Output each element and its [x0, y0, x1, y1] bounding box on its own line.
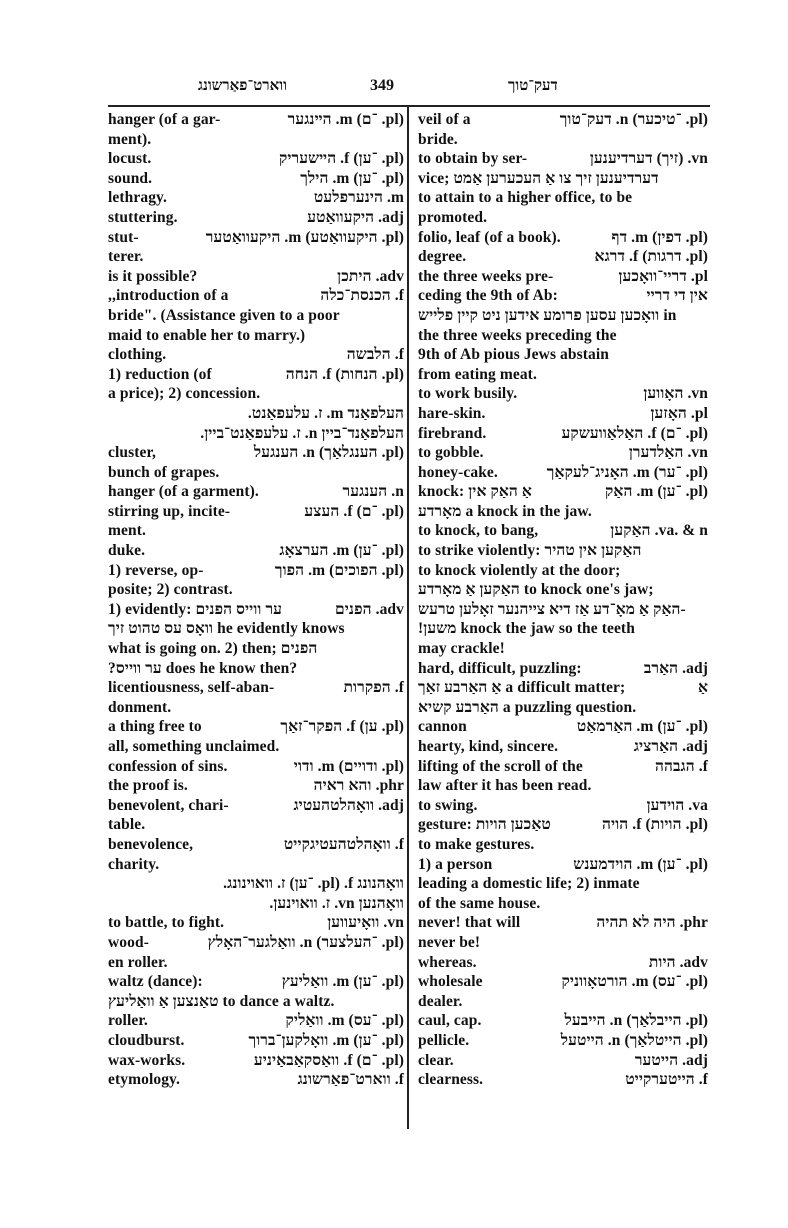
- yiddish-headword: f. הכנסת־כלה: [320, 286, 404, 306]
- english-gloss: lethragy.: [108, 188, 167, 208]
- entry-line: charity.: [108, 855, 404, 875]
- yiddish-headword: (pl. ־ען) m. האַק: [605, 482, 708, 502]
- english-gloss: cloudburst.: [108, 1031, 184, 1051]
- entry-line: clear.adj. הייטער: [418, 1051, 708, 1071]
- entry-line: העלפאַנד־ביין n. ז. עלעפאַנט־ביין.: [108, 424, 404, 444]
- yiddish-headword: (pl. ־ם) m. הײנגער: [288, 110, 404, 130]
- entry-line: clearness.f. הייטערקייט: [418, 1070, 708, 1090]
- entry-line: ment).: [108, 130, 404, 150]
- english-gloss: 1) a person: [418, 855, 492, 875]
- entry-line: en roller.: [108, 953, 404, 973]
- yiddish-headword: (pl. ־ען) m. וואָלקען־ברוך: [249, 1031, 404, 1051]
- english-gloss: ceding the 9th of Ab:: [418, 286, 558, 306]
- english-gloss: veil of a: [418, 110, 471, 130]
- entry-line: roller.(pl. ־עס) m. וואַליק: [108, 1011, 404, 1031]
- entry-line: locust.(pl. ־ען) f. הײשעריק: [108, 149, 404, 169]
- english-gloss: etymology.: [108, 1070, 180, 1090]
- yiddish-headword: adj. היקעוואַטע: [307, 208, 404, 228]
- entry-line: terer.: [108, 247, 404, 267]
- english-gloss: bride.: [418, 131, 458, 148]
- yiddish-headword: f. וואָהלטהעטיגקייט: [284, 835, 404, 855]
- yiddish-headword: (pl. הייבלאַך) n. הייבעל: [565, 1011, 708, 1031]
- english-gloss: טאַנצען אַ וואַליעץ to dance a waltz.: [108, 993, 334, 1010]
- english-gloss: clothing.: [108, 345, 166, 365]
- yiddish-headword: adj. וואָהלטהעטיג: [293, 796, 404, 816]
- entry-line: a thing free to(pl. ען) f. הפקר־זאַך: [108, 717, 404, 737]
- page-number: 349: [370, 77, 394, 95]
- english-gloss: hare-skin.: [418, 404, 485, 424]
- entry-line: וואָהנען vn. ז. וואוינען.: [108, 894, 404, 914]
- yiddish-headword: (pl. הייטלאַך) n. הייטעל: [561, 1031, 708, 1051]
- entry-line: the proof is.phr. והא ראיה: [108, 776, 404, 796]
- entry-line: lethragy.m. הינערפלעט: [108, 188, 404, 208]
- header-rule: [108, 105, 710, 107]
- yiddish-headword: adj. האַרציג: [634, 737, 708, 757]
- yiddish-headword: (pl. ־ם) f. האַלאַוועשקע: [562, 424, 708, 444]
- english-gloss: charity.: [108, 856, 159, 873]
- yiddish-headword: va. הוידען: [647, 796, 708, 816]
- yiddish-headword: f. ווארט־פאַרשונג: [298, 1070, 404, 1090]
- entry-line: firebrand.(pl. ־ם) f. האַלאַוועשקע: [418, 424, 708, 444]
- entry-line: knock: אַ האַק אין(pl. ־ען) m. האַק: [418, 482, 708, 502]
- english-gloss: pellicle.: [418, 1031, 469, 1051]
- english-gloss: leading a domestic life; 2) inmate: [418, 875, 640, 892]
- entry-line: stirring up, incite-(pl. ־ם) f. העצע: [108, 502, 404, 522]
- english-gloss: bride". (Assistance given to a poor: [108, 307, 340, 324]
- english-gloss: hearty, kind, sincere.: [418, 737, 558, 757]
- english-gloss: hanger (of a gar-: [108, 110, 220, 130]
- yiddish-headword: adj. הייטער: [635, 1051, 708, 1071]
- right-column: veil of a(pl. ־טיכער) n. דעק־טוךbride.to…: [418, 110, 708, 1090]
- entry-line: honey-cake.(pl. ־ער) m. האָניג־לעקאַך: [418, 463, 708, 483]
- entry-line: wax-works.(pl. ־ם) f. וואַסקאַבאַיניע: [108, 1051, 404, 1071]
- entry-line: the three weeks pre-pl. דריי־וואָכען: [418, 267, 708, 287]
- entry-line: lifting of the scroll of thef. הגבהה: [418, 757, 708, 777]
- entry-line: caul, cap.(pl. הייבלאַך) n. הייבעל: [418, 1011, 708, 1031]
- yiddish-headword: (pl. ־טיכער) n. דעק־טוך: [560, 110, 708, 130]
- entry-line: table.: [108, 815, 404, 835]
- yiddish-headword: phr. היה לא תהיה: [596, 913, 708, 933]
- yiddish-headword: (pl. ־ען) f. הײשעריק: [279, 149, 404, 169]
- entry-line: waltz (dance):(pl. ־ען) m. וואַליעץ: [108, 972, 404, 992]
- english-gloss: the three weeks pre-: [418, 267, 553, 287]
- english-gloss: all, something unclaimed.: [108, 738, 279, 755]
- entry-line: to obtain by ser-vn. (זיך) דערדיענען: [418, 149, 708, 169]
- entry-line: to attain to a higher office, to be: [418, 188, 708, 208]
- column-divider: [407, 107, 409, 1129]
- english-gloss: to strike violently: האַקען אין טהיר: [418, 542, 641, 559]
- entry-line: maid to enable her to marry.): [108, 326, 404, 346]
- yiddish-headword: (pl. ־ען) m. וואַליעץ: [282, 972, 404, 992]
- entry-line: a price); 2) concession.: [108, 384, 404, 404]
- entry-line: what is going on. 2) then; הפנים: [108, 639, 404, 659]
- entry-line: to knock, to bang,va. & n. האַקען: [418, 521, 708, 541]
- entry-line: hearty, kind, sincere.adj. האַרציג: [418, 737, 708, 757]
- english-gloss: benevolent, chari-: [108, 796, 229, 816]
- english-gloss: benevolence,: [108, 835, 193, 855]
- english-gloss: firebrand.: [418, 424, 486, 444]
- entry-line: וואָהנונג f. (pl. ־ען) ז. וואוינונג.: [108, 874, 404, 894]
- english-gloss: hanger (of a garment).: [108, 482, 259, 502]
- english-gloss: donment.: [108, 699, 171, 716]
- english-gloss: licentiousness, self-aban-: [108, 678, 274, 698]
- entry-line: gesture: טאַכען הויות(pl. הויות) f. הויה: [418, 815, 708, 835]
- english-gloss: וואָס עס טהוט זיך he evidently knows: [108, 620, 345, 637]
- english-gloss: is it possible?: [108, 267, 197, 287]
- yiddish-headword: adv. היתכן: [337, 267, 404, 287]
- yiddish-headword: (pl. היקעוואַטע) m. היקעוואַטער: [206, 228, 404, 248]
- yiddish-headword: (pl. הויות) f. הויה: [602, 815, 708, 835]
- english-gloss: the three weeks preceding the: [418, 327, 617, 344]
- english-gloss: stirring up, incite-: [108, 502, 230, 522]
- english-gloss: of the same house.: [418, 895, 540, 912]
- running-header: ווארט־פאַרשונג 349 דעק־טוך: [108, 70, 708, 100]
- entry-line: to battle, to fight.vn. וואָיעווען: [108, 913, 404, 933]
- entry-line: from eating meat.: [418, 365, 708, 385]
- entry-line: to swing.va. הוידען: [418, 796, 708, 816]
- entry-line: to strike violently: האַקען אין טהיר: [418, 541, 708, 561]
- english-gloss: from eating meat.: [418, 366, 537, 383]
- entry-line: hanger (of a gar-(pl. ־ם) m. הײנגער: [108, 110, 404, 130]
- english-gloss: duke.: [108, 541, 145, 561]
- english-gloss: wholesale: [418, 972, 483, 992]
- entry-line: leading a domestic life; 2) inmate: [418, 874, 708, 894]
- english-gloss: cluster,: [108, 443, 156, 463]
- english-gloss: wax-works.: [108, 1051, 185, 1071]
- entry-line: 1) reverse, op-(pl. הפוכים) m. הפוך: [108, 561, 404, 581]
- english-gloss: to battle, to fight.: [108, 913, 224, 933]
- yiddish-headword: m. הינערפלעט: [314, 188, 404, 208]
- english-gloss: to obtain by ser-: [418, 149, 527, 169]
- entry-line: to work busily.vn. האָווען: [418, 384, 708, 404]
- yiddish-headword: f. הפקרות: [344, 678, 405, 698]
- entry-line: האַרבע קשיא a puzzling question.: [418, 698, 708, 718]
- english-gloss: en roller.: [108, 954, 168, 971]
- yiddish-headword: העלפאַנד־ביין n. ז. עלעפאַנט־ביין.: [200, 424, 404, 444]
- entry-line: 1) evidently: ער ווייס הפניםadv. הפנים: [108, 600, 404, 620]
- english-gloss: what is going on. 2) then; הפנים: [108, 640, 317, 657]
- yiddish-headword: (pl. ־ם) f. העצע: [304, 502, 404, 522]
- english-gloss: roller.: [108, 1011, 148, 1031]
- entry-line: 1) reduction (of(pl. הנחות) f. הנחה: [108, 365, 404, 385]
- entry-line: never! that willphr. היה לא תהיה: [418, 913, 708, 933]
- yiddish-headword: vn. האַלדערן: [629, 443, 708, 463]
- english-gloss: !משען knock the jaw so the teeth: [418, 620, 635, 637]
- yiddish-headword: (pl. הפוכים) m. הפוך: [275, 561, 404, 581]
- yiddish-headword: pl. האָזען: [650, 404, 708, 424]
- english-gloss: to make gestures.: [418, 836, 534, 853]
- english-gloss: האַקען אַ מאָרדע to knock one's jaw;: [418, 581, 654, 598]
- entry-line: ment.: [108, 521, 404, 541]
- entry-line: cannon(pl. ־ען) m. האַרמאַט: [418, 717, 708, 737]
- entry-line: confession of sins.(pl. ודויים) m. ודוי: [108, 757, 404, 777]
- entry-line: law after it has been read.: [418, 776, 708, 796]
- yiddish-headword: f. הגבהה: [655, 757, 708, 777]
- yiddish-headword: adv. היות: [649, 953, 708, 973]
- english-gloss: whereas.: [418, 953, 477, 973]
- entry-line: vice; דערדיענען זיך צו אַ העכערען אַמט: [418, 169, 708, 189]
- yiddish-headword: vn. האָווען: [643, 384, 708, 404]
- yiddish-headword: adj. האַרב: [644, 659, 708, 679]
- entry-line: מאָרדע a knock in the jaw.: [418, 502, 708, 522]
- english-gloss: stut-: [108, 228, 139, 248]
- english-gloss: wood-: [108, 933, 149, 953]
- english-gloss: may crackle!: [418, 640, 505, 657]
- english-gloss: sound.: [108, 169, 152, 189]
- english-gloss: never be!: [418, 934, 480, 951]
- entry-line: stuttering.adj. היקעוואַטע: [108, 208, 404, 228]
- entry-line: 9th of Ab pious Jews abstain: [418, 345, 708, 365]
- english-gloss: lifting of the scroll of the: [418, 757, 583, 777]
- yiddish-headword: (pl. ודויים) m. ודוי: [294, 757, 404, 777]
- entry-line: etymology.f. ווארט־פאַרשונג: [108, 1070, 404, 1090]
- english-gloss: promoted.: [418, 209, 487, 226]
- english-gloss: the proof is.: [108, 776, 188, 796]
- english-gloss: to knock violently at the door;: [418, 562, 620, 579]
- yiddish-headword: (pl. הענגלאַך) n. הענגעל: [254, 443, 404, 463]
- english-gloss: waltz (dance):: [108, 972, 203, 992]
- yiddish-headword: (pl. ־עס) m. וואַליק: [286, 1011, 404, 1031]
- entry-line: posite; 2) contrast.: [108, 580, 404, 600]
- entry-line: licentiousness, self-aban-f. הפקרות: [108, 678, 404, 698]
- entry-line: !משען knock the jaw so the teeth: [418, 619, 708, 639]
- english-gloss: folio, leaf (of a book).: [418, 228, 561, 248]
- english-gloss: to swing.: [418, 796, 477, 816]
- english-gloss: 1) reverse, op-: [108, 561, 203, 581]
- yiddish-headword: (pl. ־ם) f. וואַסקאַבאַיניע: [254, 1051, 404, 1071]
- entry-line: אַ האַרבע זאַך a difficult matter;אַ: [418, 678, 708, 698]
- english-gloss: ?ער ווייס does he know then?: [108, 660, 297, 677]
- english-gloss: clear.: [418, 1051, 454, 1071]
- english-gloss: 1) evidently: ער ווייס הפנים: [108, 600, 282, 620]
- left-column: hanger (of a gar-(pl. ־ם) m. הײנגערment)…: [108, 110, 404, 1090]
- english-gloss: 1) reduction (of: [108, 365, 212, 385]
- entry-line: to knock violently at the door;: [418, 561, 708, 581]
- yiddish-headword: (pl. ען) f. הפקר־זאַך: [280, 717, 404, 737]
- entry-line: וואָס עס טהוט זיך he evidently knows: [108, 619, 404, 639]
- entry-line: promoted.: [418, 208, 708, 228]
- yiddish-headword: (pl. ־ען) m. האַרמאַט: [577, 717, 708, 737]
- entry-line: benevolence,f. וואָהלטהעטיגקייט: [108, 835, 404, 855]
- english-gloss: posite; 2) contrast.: [108, 581, 233, 598]
- entry-line: never be!: [418, 933, 708, 953]
- entry-line: pellicle.(pl. הייטלאַך) n. הייטעל: [418, 1031, 708, 1051]
- english-gloss: clearness.: [418, 1070, 483, 1090]
- entry-line: of the same house.: [418, 894, 708, 914]
- yiddish-headword: va. & n. האַקען: [610, 521, 708, 541]
- english-gloss: locust.: [108, 149, 151, 169]
- yiddish-headword: f. הלבשה: [347, 345, 404, 365]
- entry-line: העלפאַנד m. ז. עלעפאַנט.: [108, 404, 404, 424]
- english-gloss: האַרבע קשיא a puzzling question.: [418, 699, 636, 716]
- entry-line: ceding the 9th of Ab:אין די דריי: [418, 286, 708, 306]
- left-guide-word: ווארט־פאַרשונג: [198, 78, 287, 95]
- english-gloss: dealer.: [418, 993, 462, 1010]
- english-gloss: אַ האַרבע זאַך a difficult matter;: [418, 678, 625, 698]
- entry-line: dealer.: [418, 992, 708, 1012]
- yiddish-headword: f. הייטערקייט: [625, 1070, 708, 1090]
- yiddish-headword: pl. דריי־וואָכען: [618, 267, 708, 287]
- entry-line: clothing.f. הלבשה: [108, 345, 404, 365]
- entry-line: donment.: [108, 698, 404, 718]
- entry-line: may crackle!: [418, 639, 708, 659]
- english-gloss: table.: [108, 816, 145, 833]
- english-gloss: hard, difficult, puzzling:: [418, 659, 582, 679]
- yiddish-headword: (pl. דפין) m. דף: [611, 228, 708, 248]
- english-gloss: stuttering.: [108, 208, 178, 228]
- english-gloss: ,,introduction of a: [108, 286, 228, 306]
- entry-line: hard, difficult, puzzling:adj. האַרב: [418, 659, 708, 679]
- english-gloss: מאָרדע a knock in the jaw.: [418, 503, 592, 520]
- english-gloss: terer.: [108, 248, 143, 265]
- english-gloss: never! that will: [418, 913, 520, 933]
- entry-line: טאַנצען אַ וואַליעץ to dance a waltz.: [108, 992, 404, 1012]
- english-gloss: vice; דערדיענען זיך צו אַ העכערען אַמט: [418, 170, 659, 187]
- entry-line: benevolent, chari-adj. וואָהלטהעטיג: [108, 796, 404, 816]
- english-gloss: maid to enable her to marry.): [108, 327, 305, 344]
- english-gloss: a thing free to: [108, 717, 202, 737]
- entry-line: folio, leaf (of a book).(pl. דפין) m. דף: [418, 228, 708, 248]
- yiddish-headword: (pl. ־ען) m. הערצאָג: [279, 541, 404, 561]
- english-gloss: knock: אַ האַק אין: [418, 482, 532, 502]
- english-gloss: to work busily.: [418, 384, 517, 404]
- entry-line: hanger (of a garment).n. הענגער: [108, 482, 404, 502]
- entry-line: cloudburst.(pl. ־ען) m. וואָלקען־ברוך: [108, 1031, 404, 1051]
- entry-line: bride.: [418, 130, 708, 150]
- english-gloss: caul, cap.: [418, 1011, 481, 1031]
- english-gloss: וואָכען עסען פרומע אידען ניט קיין פלייש …: [418, 307, 676, 324]
- english-gloss: to knock, to bang,: [418, 521, 538, 541]
- yiddish-headword: adv. הפנים: [335, 600, 404, 620]
- english-gloss: ment.: [108, 522, 146, 539]
- entry-line: degree.(pl. דרגות) f. דרגא: [418, 247, 708, 267]
- yiddish-headword: וואָהנען vn. ז. וואוינען.: [269, 894, 404, 914]
- yiddish-headword: (pl. דרגות) f. דרגא: [595, 247, 708, 267]
- entry-line: bride". (Assistance given to a poor: [108, 306, 404, 326]
- entry-line: האַק אַ מאָ־דע אַז דיא צייהנער זאָלען טר…: [418, 600, 708, 620]
- english-gloss: honey-cake.: [418, 463, 498, 483]
- yiddish-headword: (pl. ־ען) m. הוידמענש: [573, 855, 708, 875]
- yiddish-headword: n. הענגער: [342, 482, 404, 502]
- english-gloss: האַק אַ מאָ־דע אַז דיא צייהנער זאָלען טר…: [418, 601, 686, 618]
- entry-line: wholesale(pl. ־עס) m. הורטאָווניק: [418, 972, 708, 992]
- entry-line: to make gestures.: [418, 835, 708, 855]
- entry-line: all, something unclaimed.: [108, 737, 404, 757]
- entry-line: וואָכען עסען פרומע אידען ניט קיין פלייש …: [418, 306, 708, 326]
- right-guide-word: דעק־טוך: [508, 78, 558, 95]
- yiddish-headword: וואָהנונג f. (pl. ־ען) ז. וואוינונג.: [223, 874, 404, 894]
- entry-line: is it possible?adv. היתכן: [108, 267, 404, 287]
- entry-line: veil of a(pl. ־טיכער) n. דעק־טוך: [418, 110, 708, 130]
- entry-line: wood-(pl. ־העלצער) n. וואַלגער־האָלץ: [108, 933, 404, 953]
- entry-line: stut-(pl. היקעוואַטע) m. היקעוואַטער: [108, 228, 404, 248]
- entry-line: duke.(pl. ־ען) m. הערצאָג: [108, 541, 404, 561]
- english-gloss: law after it has been read.: [418, 777, 591, 794]
- entry-line: ?ער ווייס does he know then?: [108, 659, 404, 679]
- entry-line: to gobble.vn. האַלדערן: [418, 443, 708, 463]
- english-gloss: bunch of grapes.: [108, 464, 219, 481]
- entry-line: hare-skin.pl. האָזען: [418, 404, 708, 424]
- english-gloss: to gobble.: [418, 443, 484, 463]
- entry-line: cluster,(pl. הענגלאַך) n. הענגעל: [108, 443, 404, 463]
- english-gloss: ment).: [108, 131, 151, 148]
- yiddish-headword: (pl. הנחות) f. הנחה: [286, 365, 404, 385]
- yiddish-headword: אַ: [698, 678, 708, 698]
- entry-line: האַקען אַ מאָרדע to knock one's jaw;: [418, 580, 708, 600]
- yiddish-headword: vn. וואָיעווען: [327, 913, 404, 933]
- yiddish-headword: (pl. ־עס) m. הורטאָווניק: [561, 972, 708, 992]
- english-gloss: degree.: [418, 247, 466, 267]
- yiddish-headword: העלפאַנד m. ז. עלעפאַנט.: [248, 404, 404, 424]
- entry-line: ,,introduction of af. הכנסת־כלה: [108, 286, 404, 306]
- english-gloss: confession of sins.: [108, 757, 227, 777]
- english-gloss: cannon: [418, 717, 467, 737]
- entry-line: whereas.adv. היות: [418, 953, 708, 973]
- entry-line: the three weeks preceding the: [418, 326, 708, 346]
- yiddish-headword: (pl. ־ען) m. הילך: [300, 169, 404, 189]
- entry-line: 1) a person(pl. ־ען) m. הוידמענש: [418, 855, 708, 875]
- entry-line: sound.(pl. ־ען) m. הילך: [108, 169, 404, 189]
- yiddish-headword: אין די דריי: [646, 286, 708, 306]
- yiddish-headword: phr. והא ראיה: [314, 776, 404, 796]
- yiddish-headword: vn. (זיך) דערדיענען: [590, 149, 708, 169]
- entry-line: bunch of grapes.: [108, 463, 404, 483]
- english-gloss: to attain to a higher office, to be: [418, 189, 632, 206]
- english-gloss: a price); 2) concession.: [108, 385, 260, 402]
- yiddish-headword: (pl. ־ער) m. האָניג־לעקאַך: [547, 463, 708, 483]
- english-gloss: gesture: טאַכען הויות: [418, 815, 551, 835]
- english-gloss: 9th of Ab pious Jews abstain: [418, 346, 609, 363]
- yiddish-headword: (pl. ־העלצער) n. וואַלגער־האָלץ: [208, 933, 404, 953]
